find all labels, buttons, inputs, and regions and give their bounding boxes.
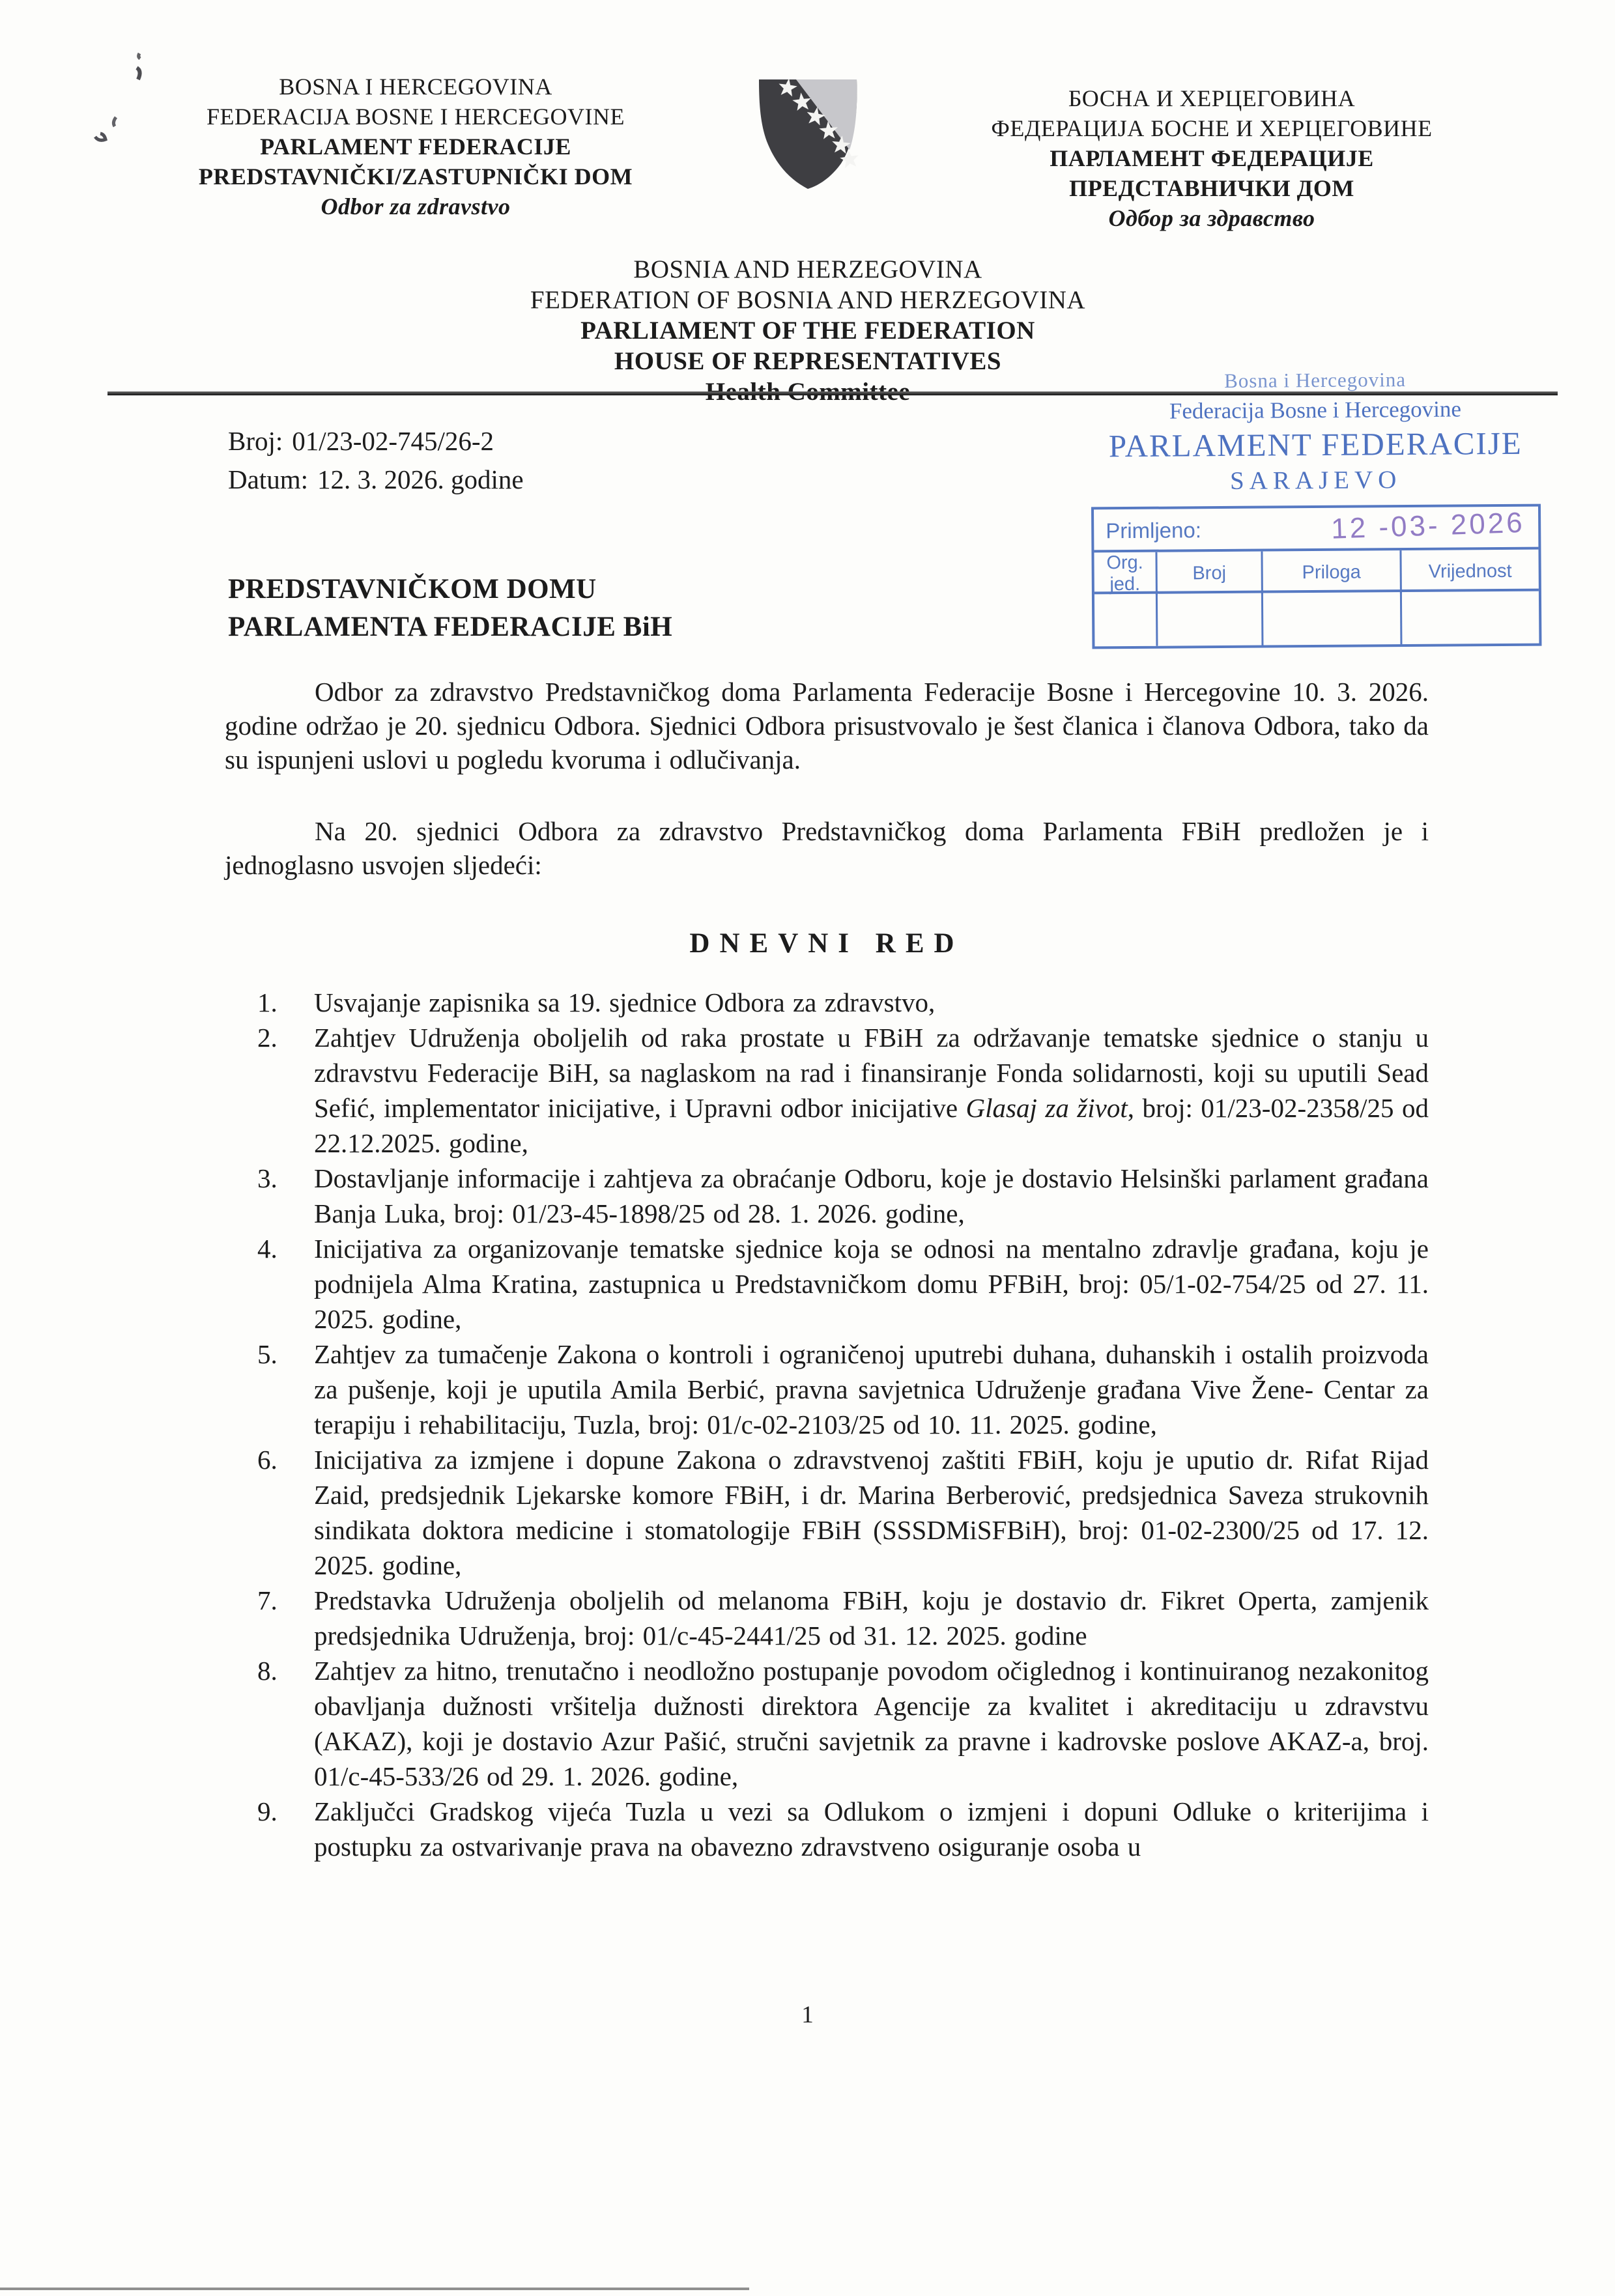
agenda-item: 3.Dostavljanje informacije i zahtjeva za…	[225, 1161, 1429, 1231]
receipt-stamp: Bosna i Hercegovina Federacija Bosne i H…	[1065, 367, 1568, 649]
letterhead-line: PARLAMENT FEDERACIJE	[96, 132, 735, 162]
recipient-line: PREDSTAVNIČKOM DOMU	[228, 571, 672, 608]
letterhead-line: BOSNIA AND HERZEGOVINA	[450, 254, 1166, 285]
agenda-item-text: Dostavljanje informacije i zahtjeva za o…	[314, 1163, 1429, 1228]
letterhead-line: HOUSE OF REPRESENTATIVES	[450, 346, 1166, 376]
stamp-country: Bosna i Hercegovina	[1065, 367, 1566, 393]
letterhead-line: PARLIAMENT OF THE FEDERATION	[450, 315, 1166, 346]
stamp-table-empty-row	[1094, 591, 1539, 647]
letterhead-committee-label: Одбор за здравство	[893, 203, 1531, 233]
agenda-item-number: 6.	[257, 1442, 278, 1477]
reference-block: Broj:01/23-02-745/26-2 Datum:12. 3. 2026…	[228, 422, 524, 499]
agenda-item: 2.Zahtjev Udruženja oboljelih od raka pr…	[225, 1020, 1429, 1161]
agenda-item: 5.Zahtjev za tumačenje Zakona o kontroli…	[225, 1337, 1429, 1442]
stamp-empty-cell	[1094, 594, 1158, 647]
stamp-table: Primljeno: 12 -03- 2026 Org. jed. Broj P…	[1091, 504, 1542, 649]
agenda-item-number: 9.	[257, 1794, 278, 1829]
agenda-item: 1.Usvajanje zapisnika sa 19. sjednice Od…	[225, 985, 1429, 1020]
body-paragraph-2: Na 20. sjednici Odbora za zdravstvo Pred…	[225, 814, 1429, 882]
recipient-block: PREDSTAVNIČKOM DOMU PARLAMENTA FEDERACIJ…	[228, 571, 672, 646]
recipient-line: PARLAMENTA FEDERACIJE BiH	[228, 608, 672, 646]
reference-date-label: Datum:	[228, 464, 308, 494]
agenda-item-number: 7.	[257, 1583, 278, 1618]
agenda-item-text: Zahtjev za tumačenje Zakona o kontroli i…	[314, 1339, 1429, 1439]
stamp-col-org-jed: Org. jed.	[1094, 552, 1157, 596]
stamp-empty-cell	[1402, 591, 1539, 644]
body-paragraph-1: Odbor za zdravstvo Predstavničkog doma P…	[225, 675, 1429, 776]
bih-federation-shield-icon	[750, 73, 865, 191]
scan-edge-artifact	[0, 2288, 749, 2290]
stamp-parliament: PARLAMENT FEDERACIJE	[1065, 424, 1566, 464]
letterhead-line: FEDERATION OF BOSNIA AND HERZEGOVINA	[450, 285, 1166, 315]
agenda-item-number: 3.	[257, 1161, 278, 1196]
agenda-item-number: 5.	[257, 1337, 278, 1372]
reference-date-line: Datum:12. 3. 2026. godine	[228, 461, 524, 499]
stamp-city: SARAJEVO	[1065, 464, 1567, 496]
reference-number-value: 01/23-02-745/26-2	[292, 426, 494, 456]
agenda-item: 4.Inicijativa za organizovanje tematske …	[225, 1231, 1429, 1337]
agenda-item-text: Zahtjev za hitno, trenutačno i neodložno…	[314, 1656, 1429, 1791]
reference-number-label: Broj:	[228, 426, 283, 456]
agenda-item-number: 2.	[257, 1020, 278, 1055]
header-divider-rule	[107, 391, 1558, 395]
reference-date-value: 12. 3. 2026. godine	[317, 464, 524, 494]
letterhead-line: FEDERACIJA BOSNE I HERCEGOVINE	[96, 102, 735, 132]
letterhead-line: ПРЕДСТАВНИЧКИ ДОМ	[893, 173, 1531, 203]
stamp-col-broj: Broj	[1157, 552, 1263, 595]
agenda-item-number: 8.	[257, 1653, 278, 1688]
agenda-item: 7.Predstavka Udruženja oboljelih od mela…	[225, 1583, 1429, 1653]
letterhead-line: ПАРЛАМЕНТ ФЕДЕРАЦИЈЕ	[893, 143, 1531, 173]
agenda-list: 1.Usvajanje zapisnika sa 19. sjednice Od…	[225, 985, 1429, 1864]
stamp-col-vrijednost: Vrijednost	[1401, 550, 1538, 593]
stamp-table-header-row: Org. jed. Broj Priloga Vrijednost	[1094, 550, 1538, 595]
stamp-empty-cell	[1158, 593, 1264, 646]
stamp-received-row: Primljeno: 12 -03- 2026	[1094, 507, 1538, 553]
agenda-item-text: Inicijativa za organizovanje tematske sj…	[314, 1234, 1429, 1334]
scanned-document-page: BOSNA I HERCEGOVINA FEDERACIJA BOSNE I H…	[0, 0, 1615, 2296]
agenda-item-number: 4.	[257, 1231, 278, 1266]
agenda-item-italic-text: Glasaj za život	[966, 1093, 1128, 1123]
agenda-item: 6.Inicijativa za izmjene i dopune Zakona…	[225, 1442, 1429, 1583]
letterhead-committee-label: Odbor za zdravstvo	[96, 191, 735, 221]
agenda-item: 9.Zaključci Gradskog vijeća Tuzla u vezi…	[225, 1794, 1429, 1864]
letterhead-line: PREDSTAVNIČKI/ZASTUPNIČKI DOM	[96, 162, 735, 191]
agenda-heading: DNEVNI RED	[225, 928, 1429, 959]
agenda-item-text: Zaključci Gradskog vijeća Tuzla u vezi s…	[314, 1796, 1429, 1862]
agenda-item-text: Predstavka Udruženja oboljelih od melano…	[314, 1585, 1429, 1651]
agenda-item-number: 1.	[257, 985, 278, 1020]
agenda-item: 8.Zahtjev za hitno, trenutačno i neodlož…	[225, 1653, 1429, 1794]
stamp-col-priloga: Priloga	[1263, 550, 1401, 594]
letterhead-line: BOSNA I HERCEGOVINA	[96, 72, 735, 102]
agenda-item-text: Inicijativa za izmjene i dopune Zakona o…	[314, 1445, 1429, 1580]
stamp-received-label: Primljeno:	[1106, 518, 1201, 543]
letterhead-bosnian: BOSNA I HERCEGOVINA FEDERACIJA BOSNE I H…	[96, 72, 735, 221]
reference-number-line: Broj:01/23-02-745/26-2	[228, 422, 524, 461]
letterhead-line: БОСНА И ХЕРЦЕГОВИНА	[893, 83, 1531, 113]
page-number: 1	[0, 2001, 1615, 2029]
stamp-received-date: 12 -03- 2026	[1331, 507, 1526, 546]
letterhead-cyrillic: БОСНА И ХЕРЦЕГОВИНА ФЕДЕРАЦИЈА БОСНЕ И Х…	[893, 83, 1531, 233]
letterhead-line: ФЕДЕРАЦИЈА БОСНЕ И ХЕРЦЕГОВИНЕ	[893, 113, 1531, 143]
stamp-empty-cell	[1263, 592, 1403, 645]
agenda-item-text: Usvajanje zapisnika sa 19. sjednice Odbo…	[314, 987, 935, 1017]
letterhead-english: BOSNIA AND HERZEGOVINA FEDERATION OF BOS…	[450, 254, 1166, 407]
stamp-federation: Federacija Bosne i Hercegovine	[1065, 395, 1566, 425]
